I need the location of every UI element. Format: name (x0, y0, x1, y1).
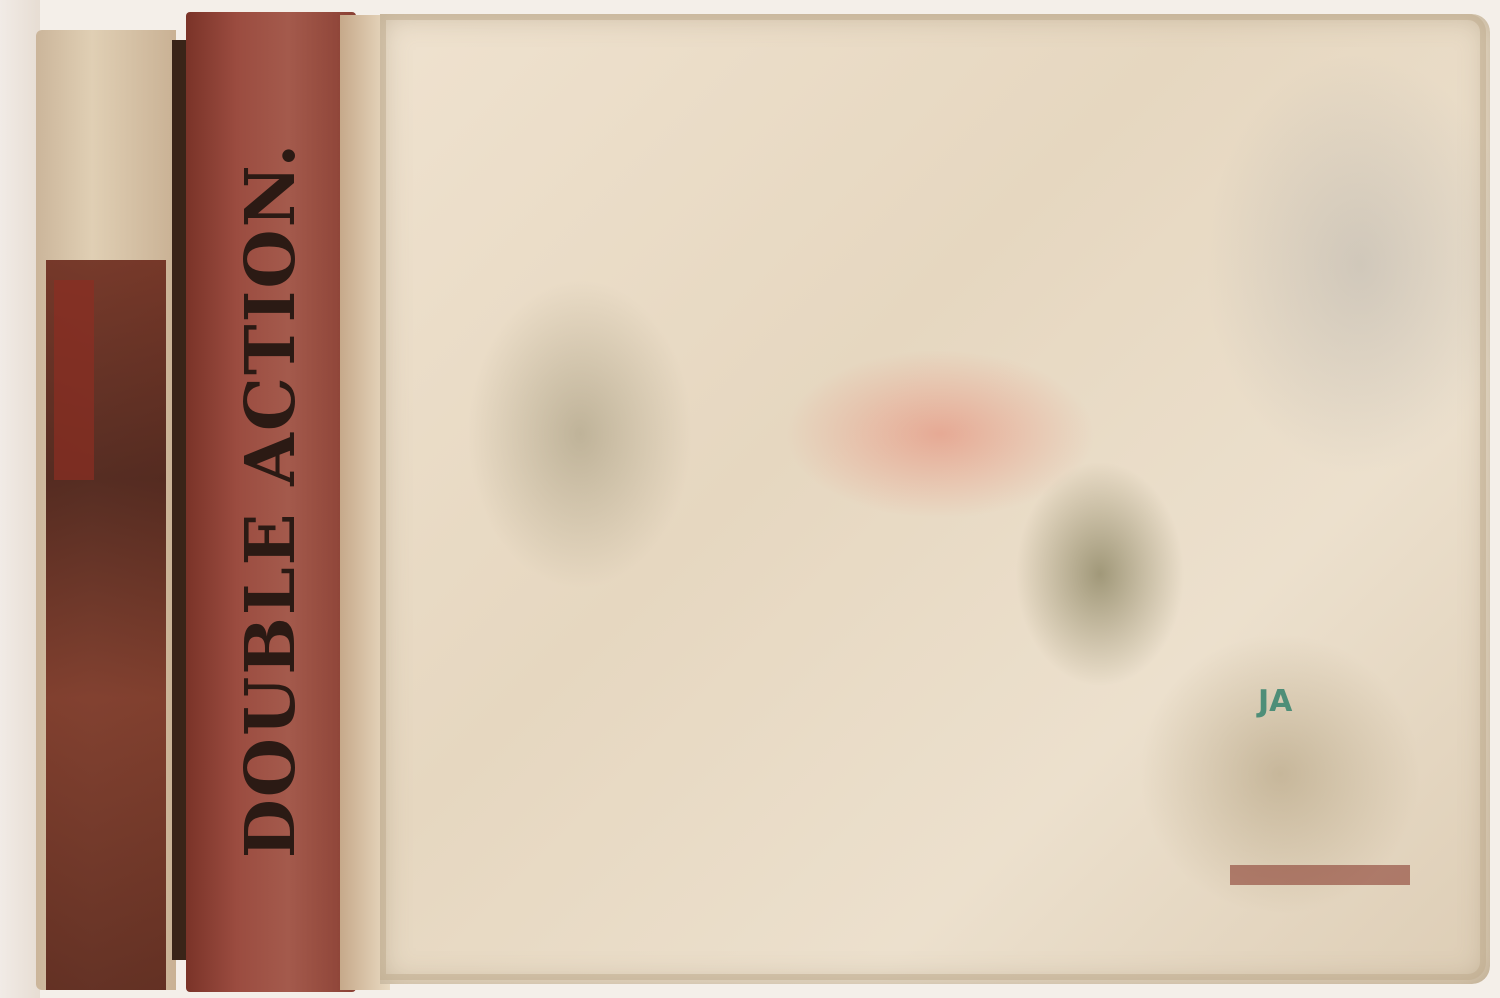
side-red-patch (54, 280, 94, 480)
background (0, 0, 40, 998)
corner-mark: JA (1258, 684, 1292, 719)
spine-label: DOUBLE ACTION. (231, 142, 311, 858)
lid-red-edge (1230, 865, 1410, 885)
lid-rim (380, 14, 1486, 980)
box-side-panel (36, 30, 176, 990)
